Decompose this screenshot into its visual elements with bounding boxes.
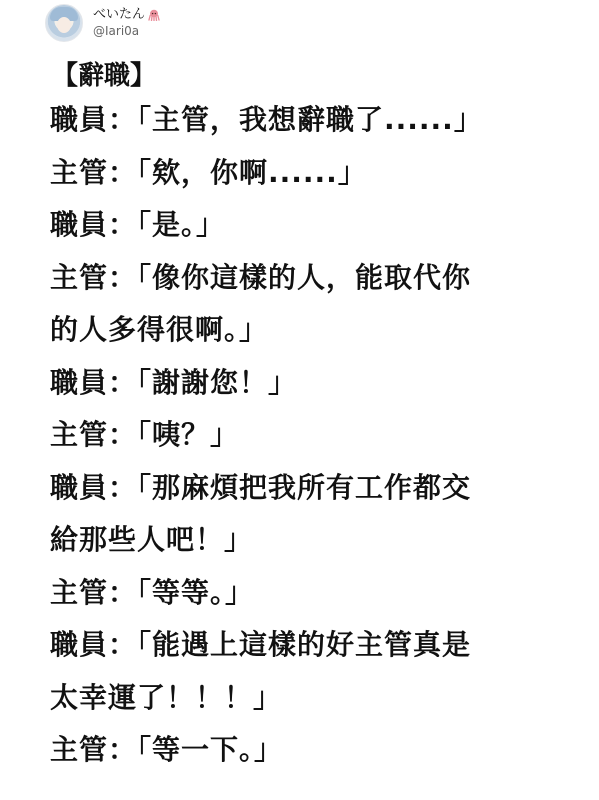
dialogue-line: 主管：「咦？」 xyxy=(50,409,570,462)
dialogue-line: 職員：「那麻煩把我所有工作都交 xyxy=(50,462,570,515)
octopus-icon xyxy=(148,9,160,21)
dialogue-line: 主管：「等等。」 xyxy=(50,567,570,620)
dialogue-line: 主管：「欸，你啊......」 xyxy=(50,147,570,200)
post-title: 【辭職】 xyxy=(52,58,570,94)
author-display-name: べいたん xyxy=(93,6,145,23)
dialogue-line: 的人多得很啊。」 xyxy=(50,304,570,357)
dialogue-line: 職員：「主管，我想辭職了......」 xyxy=(50,94,570,147)
dialogue-line: 職員：「是。」 xyxy=(50,199,570,252)
author-handle[interactable]: @Iari0a xyxy=(93,23,160,40)
dialogue-line: 主管：「像你這樣的人，能取代你 xyxy=(50,252,570,305)
avatar[interactable] xyxy=(45,4,83,42)
post-body: 【辭職】 職員：「主管，我想辭職了......」 主管：「欸，你啊......」… xyxy=(50,58,570,777)
avatar-face xyxy=(57,17,71,33)
dialogue-line: 職員：「能遇上這樣的好主管真是 xyxy=(50,619,570,672)
dialogue-line: 主管：「等一下。」 xyxy=(50,724,570,777)
post-header: べいたん @Iari0a xyxy=(45,3,160,43)
author-display-name-row[interactable]: べいたん xyxy=(93,6,160,23)
dialogue-line: 職員：「謝謝您！」 xyxy=(50,357,570,410)
dialogue-line: 太幸運了！！！」 xyxy=(50,672,570,725)
author-info: べいたん @Iari0a xyxy=(93,6,160,40)
dialogue-line: 給那些人吧！」 xyxy=(50,514,570,567)
